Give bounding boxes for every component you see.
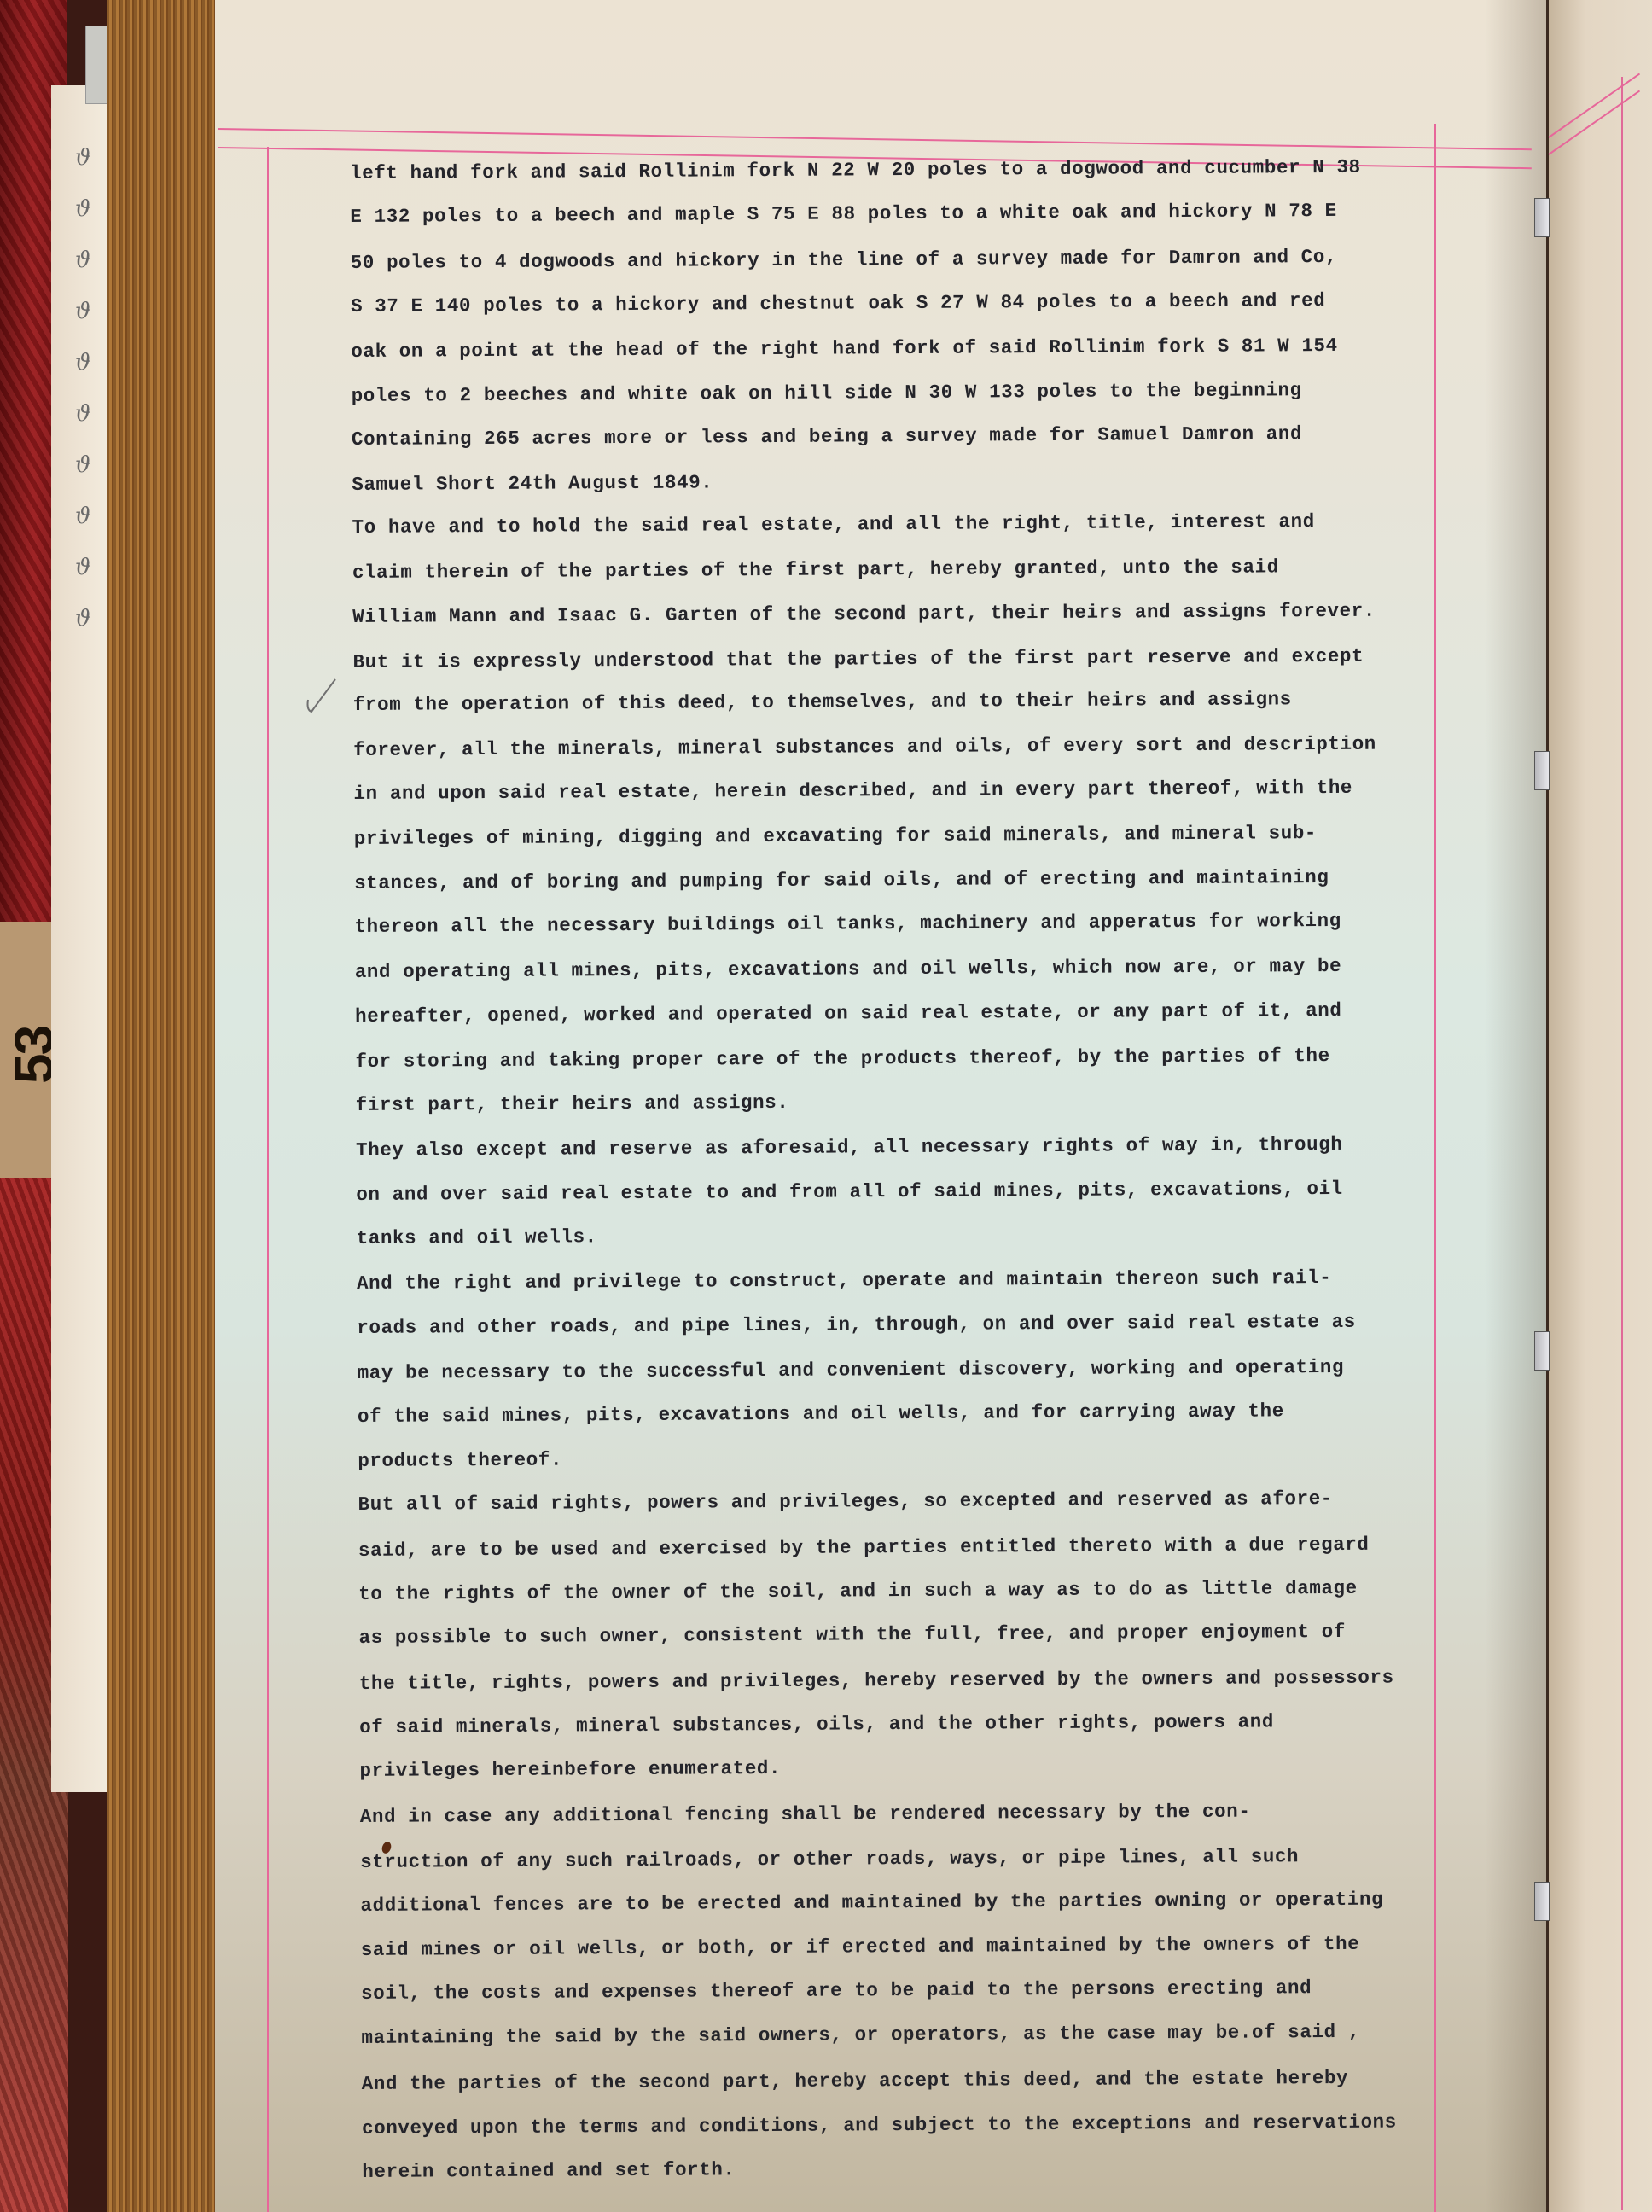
index-letter-icon: ϑ <box>75 247 101 273</box>
deed-text-line: herein contained and set forth. <box>362 2159 735 2184</box>
index-letter-icon: ϑ <box>75 401 101 427</box>
index-letter-icon: ϑ <box>75 452 101 478</box>
index-letter-icon: ϑ <box>75 196 101 222</box>
binding-staple <box>1534 198 1550 237</box>
index-letter-icon: ϑ <box>75 299 101 324</box>
index-letter-icon: ϑ <box>75 555 101 580</box>
deed-text-line: Samuel Short 24th August 1849. <box>352 472 713 497</box>
deed-text-line: privileges hereinbefore enumerated. <box>359 1757 781 1782</box>
binding-staple <box>1534 1331 1550 1371</box>
binding-staple <box>1534 751 1550 790</box>
binding-staple <box>1534 1882 1550 1921</box>
index-letter-icon: ϑ <box>75 606 101 632</box>
facing-page-margin-rule <box>1621 77 1623 2210</box>
deed-text-line: first part, their heirs and assigns. <box>356 1091 789 1116</box>
index-letter-icon: ϑ <box>75 504 101 529</box>
gutter-shadow <box>1485 0 1553 2212</box>
page-edges <box>107 0 216 2212</box>
index-tab-strip <box>51 85 108 1792</box>
left-margin-rule <box>267 147 269 2212</box>
right-margin-rule <box>1434 124 1436 2212</box>
facing-page <box>1546 0 1652 2212</box>
check-mark-icon <box>305 674 339 717</box>
index-letter-icon: ϑ <box>75 145 101 171</box>
index-letter-icon: ϑ <box>75 350 101 375</box>
deed-text-line: products thereof. <box>358 1448 562 1471</box>
deed-text-line: tanks and oil wells. <box>357 1226 597 1250</box>
